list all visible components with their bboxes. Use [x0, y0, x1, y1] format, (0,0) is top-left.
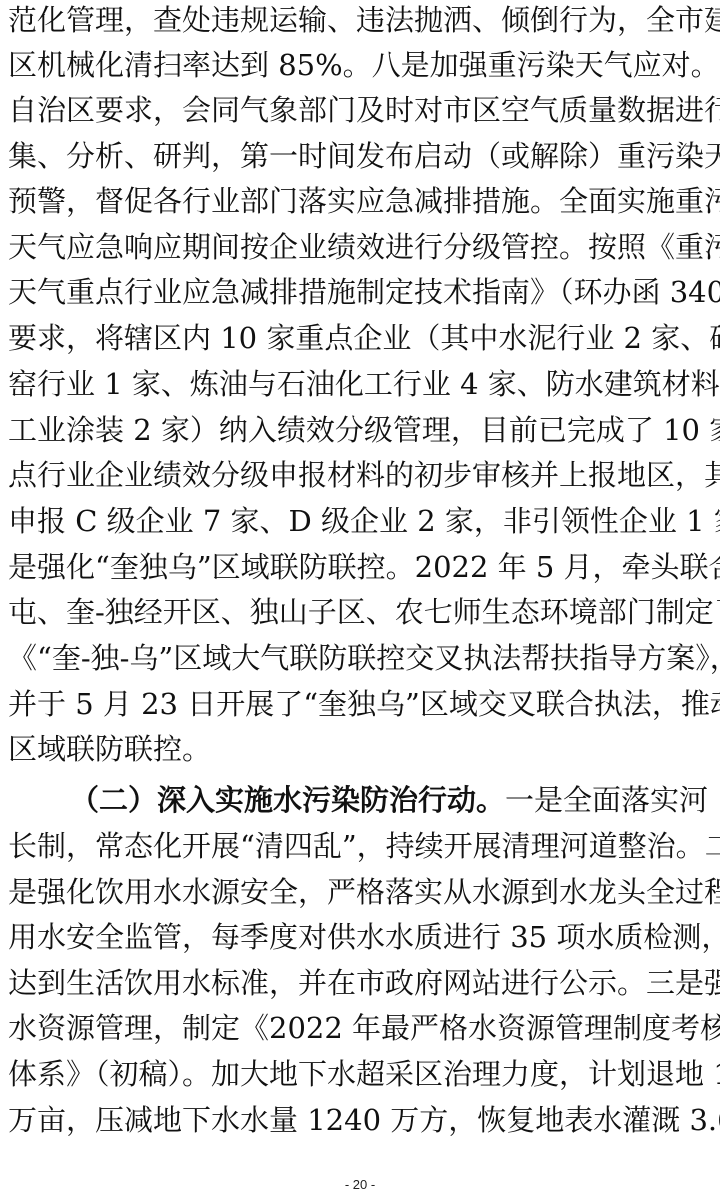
section-heading-title: （二）深入实施水污染防治行动。: [70, 783, 505, 817]
text-line: 长制，常态化开展“清四乱”，持续开展清理河道整治。二: [8, 826, 712, 866]
section-heading-rest: 一是全面落实河（湖）: [505, 783, 720, 817]
text-line: 屯、奎-独经开区、独山子区、农七师生态环境部门制定了: [8, 592, 712, 632]
text-line: 天气应急响应期间按企业绩效进行分级管控。按照《重污染: [8, 227, 712, 267]
text-line: 水资源管理，制定《2022 年最严格水资源管理制度考核指标: [8, 1008, 712, 1048]
text-line: 达到生活饮用水标准，并在市政府网站进行公示。三是强化: [8, 963, 712, 1003]
text-line: 区机械化清扫率达到 85%。八是加强重污染天气应对。结合: [8, 45, 712, 85]
text-line: 预警，督促各行业部门落实应急减排措施。全面实施重污染: [8, 181, 712, 221]
text-line: 天气重点行业应急减排措施制定技术指南》（环办函 340 号）: [8, 272, 712, 312]
text-line: 是强化“奎独乌”区域联防联控。2022 年 5 月，牵头联合奎: [8, 547, 712, 587]
page-number: - 20 -: [0, 1176, 720, 1194]
section-heading: （二）深入实施水污染防治行动。一是全面落实河（湖）: [70, 780, 712, 820]
text-line: 窑行业 1 家、炼油与石油化工行业 4 家、防水建筑材料 1 家、: [8, 364, 712, 404]
text-line: 范化管理，查处违规运输、违法抛洒、倾倒行为，全市建成: [8, 0, 712, 40]
text-line: 是强化饮用水水源安全，严格落实从水源到水龙头全过程饮: [8, 872, 712, 912]
text-line: 《“奎-独-乌”区域大气联防联控交叉执法帮扶指导方案》，: [8, 638, 712, 678]
text-line: 并于 5 月 23 日开展了“奎独乌”区域交叉联合执法，推动: [8, 684, 712, 724]
text-line: 集、分析、研判，第一时间发布启动（或解除）重污染天气: [8, 136, 712, 176]
text-line: 工业涂装 2 家）纳入绩效分级管理，目前已完成了 10 家重: [8, 410, 712, 450]
text-line: 点行业企业绩效分级申报材料的初步审核并上报地区，其中: [8, 455, 712, 495]
text-line: 申报 C 级企业 7 家、D 级企业 2 家，非引领性企业 1 家。九: [8, 501, 712, 541]
text-line: 万亩，压减地下水水量 1240 万方，恢复地表水灌溉 3.63 万: [8, 1100, 712, 1140]
text-line: 体系》（初稿）。加大地下水超采区治理力度，计划退地 1.198: [8, 1054, 712, 1094]
text-line: 区域联防联控。: [8, 729, 712, 769]
text-line: 自治区要求，会同气象部门及时对市区空气质量数据进行收: [8, 90, 712, 130]
text-line: 要求，将辖区内 10 家重点企业（其中水泥行业 2 家、砖瓦: [8, 318, 712, 358]
text-line: 用水安全监管，每季度对供水水质进行 35 项水质检测，均: [8, 917, 712, 957]
document-page: 范化管理，查处违规运输、违法抛洒、倾倒行为，全市建成 区机械化清扫率达到 85%…: [0, 0, 720, 1198]
